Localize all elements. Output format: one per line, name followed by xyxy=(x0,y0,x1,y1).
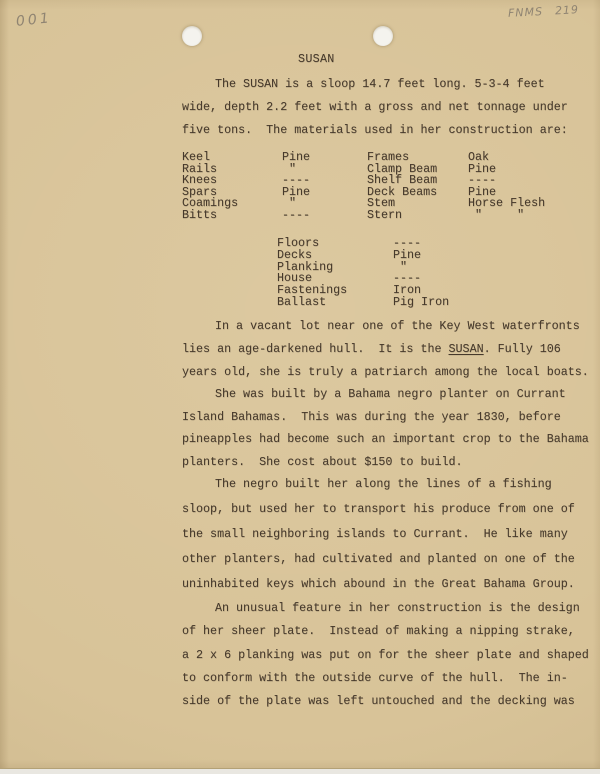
table-cell: ---- xyxy=(282,209,367,221)
table-cell: Stem xyxy=(367,197,468,209)
scanned-typewritten-page: 001 FNMS219 SUSAN The SUSAN is a sloop 1… xyxy=(0,0,600,774)
text-line: In a vacant lot near one of the Key West… xyxy=(182,315,589,338)
materials-table-secondary: Floors----DecksPinePlanking "House----Fa… xyxy=(277,237,449,308)
text-line: sloop, but used her to transport his pro… xyxy=(182,497,575,522)
table-row: KeelPineFramesOak xyxy=(182,151,545,163)
table-cell: ---- xyxy=(282,174,367,186)
paragraph-built-by: She was built by a Bahama negro planter … xyxy=(182,383,589,474)
table-row: Coamings "StemHorse Flesh xyxy=(182,197,545,209)
text-line: to conform with the outside curve of the… xyxy=(182,667,589,690)
scan-bottom-edge xyxy=(0,769,600,774)
text-line: five tons. The materials used in her con… xyxy=(182,119,568,142)
table-cell: Pig Iron xyxy=(393,296,449,308)
table-cell: Horse Flesh xyxy=(468,197,545,209)
text-line: side of the plate was left untouched and… xyxy=(182,690,589,713)
paragraph-vacant-lot: In a vacant lot near one of the Key West… xyxy=(182,315,589,384)
text-line: The SUSAN is a sloop 14.7 feet long. 5-3… xyxy=(182,73,568,96)
table-cell: " " xyxy=(468,209,524,221)
text-line: other planters, had cultivated and plant… xyxy=(182,547,575,572)
table-cell: Ballast xyxy=(277,296,393,308)
table-cell: ---- xyxy=(468,174,496,186)
paragraph-fishing-sloop: The negro built her along the lines of a… xyxy=(182,472,575,597)
table-row: Knees----Shelf Beam---- xyxy=(182,174,545,186)
table-cell: " xyxy=(282,197,367,209)
table-cell: Pine xyxy=(393,249,421,261)
underlined-text: SUSAN xyxy=(449,342,484,356)
table-cell: Knees xyxy=(182,174,282,186)
table-cell: Pine xyxy=(282,151,367,163)
pencil-archive-stamp: FNMS219 xyxy=(508,3,580,20)
text-line: uninhabited keys which abound in the Gre… xyxy=(182,572,575,597)
punch-hole-right xyxy=(373,26,393,46)
text-line: She was built by a Bahama negro planter … xyxy=(182,383,589,406)
materials-table-main: KeelPineFramesOakRails "Clamp BeamPineKn… xyxy=(182,151,545,220)
document-title: SUSAN xyxy=(298,52,335,66)
table-row: BallastPig Iron xyxy=(277,296,449,308)
table-cell: Oak xyxy=(468,151,489,163)
table-cell: Keel xyxy=(182,151,282,163)
paragraph-dimensions: The SUSAN is a sloop 14.7 feet long. 5-3… xyxy=(182,73,568,142)
text-line: the small neighboring islands to Currant… xyxy=(182,522,575,547)
archive-stamp-code: FNMS xyxy=(508,5,544,20)
text-line: a 2 x 6 planking was put on for the shee… xyxy=(182,644,589,667)
archive-stamp-number: 219 xyxy=(555,3,580,17)
pencil-page-number: 001 xyxy=(15,10,52,30)
text-line: wide, depth 2.2 feet with a gross and ne… xyxy=(182,96,568,119)
text-line: years old, she is truly a patriarch amon… xyxy=(182,361,589,384)
text-line: of her sheer plate. Instead of making a … xyxy=(182,620,589,643)
table-cell: Stern xyxy=(367,209,468,221)
text-line: Island Bahamas. This was during the year… xyxy=(182,406,589,429)
table-cell: Frames xyxy=(367,151,468,163)
text-line: An unusual feature in her construction i… xyxy=(182,597,589,620)
table-cell: Shelf Beam xyxy=(367,174,468,186)
table-row: DecksPine xyxy=(277,249,449,261)
table-row: Bitts----Stern " " xyxy=(182,209,545,221)
text-line: pineapples had become such an important … xyxy=(182,428,589,451)
table-cell: Coamings xyxy=(182,197,282,209)
punch-hole-left xyxy=(182,26,202,46)
text-line: lies an age-darkened hull. It is the SUS… xyxy=(182,338,589,361)
table-cell: Decks xyxy=(277,249,393,261)
text-line: planters. She cost about $150 to build. xyxy=(182,451,589,474)
text-line: The negro built her along the lines of a… xyxy=(182,472,575,497)
table-cell: Bitts xyxy=(182,209,282,221)
paragraph-sheer-plate: An unusual feature in her construction i… xyxy=(182,597,589,713)
